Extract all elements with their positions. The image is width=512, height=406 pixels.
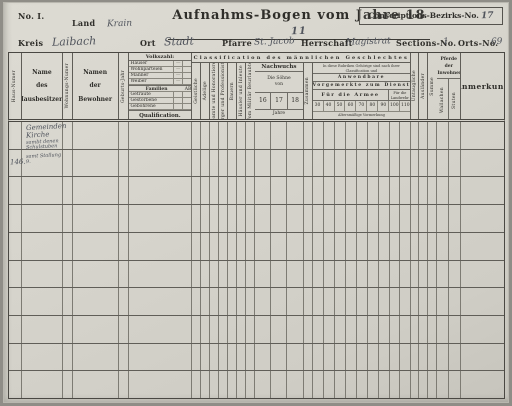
empty-cell	[63, 344, 73, 371]
empty-cell	[73, 177, 119, 204]
hausbesitzer-line1: Name	[22, 66, 63, 79]
empty-cell	[201, 233, 210, 260]
table-row	[9, 150, 504, 178]
stuten-label: Stuten	[452, 92, 457, 109]
empty-cell	[228, 261, 237, 288]
empty-cell	[9, 344, 22, 371]
empty-cell	[324, 344, 335, 371]
empty-cell	[192, 233, 201, 260]
empty-cell	[287, 316, 304, 343]
nachwuchs-age-cells: 161718	[255, 92, 302, 109]
empty-cell	[346, 233, 357, 260]
empty-cell	[357, 371, 368, 398]
empty-cell	[411, 316, 419, 343]
empty-cell	[368, 261, 379, 288]
empty-cell	[129, 205, 193, 232]
age-class-cell: 70	[356, 101, 367, 111]
empty-cell	[63, 288, 73, 315]
empty-cell	[335, 371, 346, 398]
empty-cell	[129, 344, 193, 371]
conscription-district-box: Conscriptions-Bezirks-No. 17	[359, 7, 503, 25]
empty-cell	[271, 177, 287, 204]
empty-cell	[63, 316, 73, 343]
empty-cell	[304, 205, 313, 232]
empty-cell	[368, 233, 379, 260]
empty-cell	[287, 288, 304, 315]
empty-cell	[335, 122, 346, 149]
empty-cell	[201, 344, 210, 371]
empty-cell	[379, 371, 390, 398]
empty-cell	[346, 205, 357, 232]
empty-cell	[228, 177, 237, 204]
empty-cell	[228, 122, 237, 149]
empty-cell	[461, 261, 504, 288]
volkszahl-title: Volkszahl:	[129, 53, 192, 61]
age-class-cell: 60	[345, 101, 356, 111]
wohnungs-numer-label: Wohnungs-Numer	[65, 63, 70, 108]
empty-cell	[22, 122, 63, 149]
empty-cell	[368, 288, 379, 315]
conscription-label: Conscriptions-Bezirks-No.	[368, 11, 478, 20]
empty-cell	[346, 122, 357, 149]
pferde-stuten-column: Stuten	[449, 79, 460, 119]
empty-cell	[335, 316, 346, 343]
empty-cell	[313, 233, 324, 260]
empty-cell	[192, 371, 201, 398]
empty-cell	[119, 316, 129, 343]
empty-cell	[129, 122, 193, 149]
empty-cell	[255, 344, 271, 371]
empty-cell	[237, 205, 246, 232]
empty-cell	[346, 371, 357, 398]
column-volkszahl: Volkszahl: Häuser—Wohnparteien—Männer—We…	[129, 53, 193, 119]
empty-cell	[246, 205, 255, 232]
empty-cell	[219, 150, 228, 177]
empty-cell	[390, 316, 401, 343]
table-row	[9, 205, 504, 233]
empty-cell	[246, 371, 255, 398]
empty-cell	[9, 233, 22, 260]
age-class-cell: 100	[389, 101, 400, 111]
empty-cell	[357, 261, 368, 288]
empty-cell	[22, 150, 63, 177]
empty-cell	[210, 316, 219, 343]
empty-cell	[428, 177, 437, 204]
empty-cell	[461, 316, 504, 343]
empty-cell	[390, 150, 401, 177]
sections-value-handwritten: 1	[443, 37, 449, 47]
empty-cell	[368, 344, 379, 371]
haus-numer-label: Haus-Numer	[12, 70, 17, 102]
empty-cell	[192, 261, 201, 288]
empty-cell	[73, 122, 119, 149]
empty-cell	[237, 177, 246, 204]
volkszahl-rows: Häuser—Wohnparteien—Männer—Weiber—	[129, 61, 192, 85]
empty-cell	[357, 150, 368, 177]
pferde-wallachen-column: Wallachen	[437, 79, 449, 119]
empty-cell	[461, 371, 504, 398]
empty-cell	[304, 233, 313, 260]
empty-cell	[304, 344, 313, 371]
empty-cell	[437, 288, 449, 315]
familien-title: Familien	[129, 86, 185, 91]
census-form-scan: No. I. Land Krain Aufnahms-Bogen vom Jah…	[3, 2, 509, 403]
empty-cell	[400, 233, 411, 260]
empty-cell	[346, 261, 357, 288]
empty-cell	[63, 261, 73, 288]
empty-cell	[449, 371, 461, 398]
column-wohnungs-numer: Wohnungs-Numer	[63, 53, 73, 119]
orts-value-handwritten: 69	[491, 37, 503, 47]
empty-cell	[428, 344, 437, 371]
geburts-jahr-label: Geburts-Jahr	[121, 70, 126, 103]
category-label: Häusler und Inleute	[239, 65, 244, 116]
empty-cell	[271, 122, 287, 149]
empty-cell	[419, 233, 428, 260]
volkszahl-row-mark: —	[173, 73, 182, 78]
pfarre-value-handwritten: St. Jacob	[254, 36, 295, 47]
empty-cell	[411, 371, 419, 398]
empty-cell	[73, 150, 119, 177]
familien-cell-b	[182, 92, 191, 97]
pferde-column: Pferde der Inwohner Wallachen Stuten	[437, 53, 461, 119]
empty-cell	[400, 261, 411, 288]
empty-cell	[73, 288, 119, 315]
empty-cell	[271, 316, 287, 343]
empty-cell	[368, 122, 379, 149]
age-class-cell: 90	[378, 101, 389, 111]
empty-cell	[119, 150, 129, 177]
empty-cell	[119, 344, 129, 371]
empty-cell	[428, 288, 437, 315]
empty-cell	[428, 150, 437, 177]
empty-cell	[411, 233, 419, 260]
empty-cell	[219, 344, 228, 371]
empty-cell	[219, 371, 228, 398]
empty-cell	[201, 288, 210, 315]
empty-cell	[22, 288, 63, 315]
empty-cell	[119, 261, 129, 288]
empty-cell	[255, 177, 271, 204]
empty-cell	[335, 261, 346, 288]
empty-cell	[449, 344, 461, 371]
empty-cell	[324, 150, 335, 177]
vorgemerkte-label: Vorgemerkte zum Dienst	[313, 82, 411, 90]
nachwuchs-title: Nachwuchs	[255, 63, 302, 72]
empty-cell	[246, 177, 255, 204]
empty-cell	[22, 261, 63, 288]
column-hausbesitzer: Name des Hausbesitzers	[22, 53, 63, 119]
empty-cell	[379, 177, 390, 204]
familien-row-label: Gebohrene	[129, 104, 174, 109]
empty-cell	[461, 122, 504, 149]
empty-cell	[192, 316, 201, 343]
empty-cell	[419, 205, 428, 232]
empty-cell	[400, 316, 411, 343]
empty-cell	[313, 177, 324, 204]
empty-cell	[400, 205, 411, 232]
empty-cell	[437, 177, 449, 204]
ort-label: Ort	[140, 38, 156, 48]
empty-cell	[9, 371, 22, 398]
column-haus-numer: Haus-Numer	[9, 53, 22, 119]
empty-cell	[201, 371, 210, 398]
empty-cell	[304, 261, 313, 288]
empty-cell	[129, 316, 193, 343]
empty-cell	[246, 233, 255, 260]
empty-cell	[324, 316, 335, 343]
empty-cell	[210, 233, 219, 260]
empty-cell	[228, 205, 237, 232]
anwendbare-label: Anwendbare	[313, 74, 411, 82]
empty-cell	[390, 261, 401, 288]
wallachen-label: Wallachen	[440, 87, 445, 113]
empty-cell	[255, 150, 271, 177]
empty-cell	[304, 288, 313, 315]
empty-cell	[219, 205, 228, 232]
empty-cell	[304, 316, 313, 343]
nachwuchs-unit: Jahre	[255, 109, 302, 118]
empty-cell	[379, 233, 390, 260]
empty-cell	[9, 177, 22, 204]
empty-cell	[461, 205, 504, 232]
familien-col-b: B	[188, 86, 191, 91]
empty-cell	[368, 316, 379, 343]
empty-cell	[400, 288, 411, 315]
empty-cell	[437, 205, 449, 232]
empty-cell	[210, 371, 219, 398]
empty-cell	[271, 288, 287, 315]
empty-cell	[246, 261, 255, 288]
table-row	[9, 371, 504, 398]
volkszahl-row-cell	[182, 73, 191, 78]
empty-cell	[379, 344, 390, 371]
empty-cell	[219, 316, 228, 343]
hausbesitzer-line2: des	[22, 79, 63, 92]
empty-cell	[287, 150, 304, 177]
empty-cell	[119, 122, 129, 149]
empty-cell	[313, 205, 324, 232]
empty-cell	[304, 150, 313, 177]
empty-cell	[411, 205, 419, 232]
column-geburts-jahr: Geburts-Jahr	[119, 53, 129, 119]
empty-cell	[449, 288, 461, 315]
empty-cell	[324, 122, 335, 149]
empty-cell	[379, 150, 390, 177]
pferde-title-line3: Inwohner	[437, 70, 460, 77]
empty-cell	[255, 233, 271, 260]
category-label: Geistliche	[194, 78, 199, 104]
empty-cell	[419, 122, 428, 149]
landwehr-label: Für die Landwehr	[388, 90, 410, 100]
herrschaft-label: Herrschaft	[301, 38, 353, 48]
volkszahl-row-label: Häuser	[129, 61, 174, 66]
empty-cell	[335, 288, 346, 315]
empty-cell	[201, 150, 210, 177]
empty-cell	[119, 205, 129, 232]
empty-cell	[192, 150, 201, 177]
empty-cell	[368, 371, 379, 398]
empty-cell	[411, 177, 419, 204]
summary-column: Ausländer	[419, 53, 428, 119]
empty-cell	[287, 261, 304, 288]
empty-cell	[22, 177, 63, 204]
empty-cell	[461, 150, 504, 177]
empty-cell	[428, 205, 437, 232]
empty-cell	[287, 205, 304, 232]
empty-cell	[313, 122, 324, 149]
empty-cell	[437, 150, 449, 177]
empty-cell	[129, 150, 193, 177]
empty-cell	[210, 261, 219, 288]
empty-cell	[346, 288, 357, 315]
empty-cell	[228, 371, 237, 398]
column-bewohner: Namen der Bewohner	[73, 53, 119, 119]
empty-cell	[357, 177, 368, 204]
form-header: No. I. Land Krain Aufnahms-Bogen vom Jah…	[8, 6, 505, 52]
empty-cell	[411, 344, 419, 371]
category-label: Bauern	[230, 82, 235, 100]
empty-cell	[428, 261, 437, 288]
volkszahl-row-label: Wohnparteien	[129, 67, 174, 72]
form-number: No. I.	[18, 11, 44, 21]
empty-cell	[400, 371, 411, 398]
pferde-title-line2: der	[437, 63, 460, 70]
familien-rows: GetrauteGestorbeneGebohrene	[129, 92, 192, 110]
empty-cell	[357, 122, 368, 149]
conscription-no-handwritten: 17	[481, 11, 494, 21]
empty-cell	[335, 150, 346, 177]
empty-cell	[246, 122, 255, 149]
empty-cell	[22, 371, 63, 398]
empty-cell	[379, 122, 390, 149]
empty-cell	[228, 316, 237, 343]
empty-cell	[449, 177, 461, 204]
empty-cell	[449, 233, 461, 260]
empty-cell	[368, 177, 379, 204]
land-value-handwritten: Krain	[106, 19, 131, 30]
table-row	[9, 288, 504, 316]
empty-cell	[400, 150, 411, 177]
familien-header: Familien A B	[129, 85, 192, 92]
empty-cell	[201, 122, 210, 149]
empty-cell	[461, 233, 504, 260]
empty-cell	[9, 150, 22, 177]
empty-cell	[73, 316, 119, 343]
empty-cell	[357, 344, 368, 371]
zusammen-label: Zusammen	[305, 77, 310, 105]
empty-cell	[271, 150, 287, 177]
empty-cell	[201, 316, 210, 343]
empty-cell	[201, 261, 210, 288]
empty-cell	[237, 150, 246, 177]
empty-cell	[22, 344, 63, 371]
volkszahl-row-mark: —	[173, 79, 182, 84]
empty-cell	[390, 233, 401, 260]
age-class-cell: 80	[367, 101, 378, 111]
empty-cell	[313, 150, 324, 177]
table-row	[9, 122, 504, 150]
empty-cell	[437, 233, 449, 260]
empty-cell	[210, 344, 219, 371]
empty-cell	[210, 288, 219, 315]
empty-cell	[428, 316, 437, 343]
empty-cell	[390, 288, 401, 315]
empty-cell	[287, 122, 304, 149]
empty-cell	[22, 233, 63, 260]
empty-cell	[449, 122, 461, 149]
empty-cell	[304, 177, 313, 204]
empty-cell	[287, 344, 304, 371]
category-column: Adelige	[201, 63, 210, 119]
empty-cell	[428, 122, 437, 149]
empty-cell	[449, 316, 461, 343]
volkszahl-row-label: Weiber	[129, 79, 174, 84]
familien-cell-b	[182, 104, 191, 109]
volkszahl-row-mark: —	[173, 61, 182, 66]
empty-cell	[237, 371, 246, 398]
land-field: Land Krain	[72, 11, 132, 30]
empty-cell	[368, 150, 379, 177]
empty-cell	[210, 122, 219, 149]
empty-cell	[449, 150, 461, 177]
empty-cell	[287, 177, 304, 204]
empty-cell	[255, 205, 271, 232]
kreis-value-handwritten: Laibach	[52, 34, 97, 49]
empty-cell	[346, 316, 357, 343]
empty-cell	[9, 205, 22, 232]
empty-cell	[379, 316, 390, 343]
empty-cell	[129, 371, 193, 398]
empty-cell	[73, 233, 119, 260]
empty-cell	[271, 261, 287, 288]
empty-cell	[271, 233, 287, 260]
age-class-cell: 40	[324, 101, 335, 111]
empty-cell	[437, 261, 449, 288]
table-row	[9, 233, 504, 261]
empty-cell	[419, 150, 428, 177]
empty-cell	[324, 288, 335, 315]
empty-cell	[287, 233, 304, 260]
location-row: Kreis Laibach Ort Stadt Pfarre St. Jacob…	[8, 34, 505, 52]
empty-cell	[219, 122, 228, 149]
empty-cell	[324, 261, 335, 288]
empty-cell	[119, 371, 129, 398]
empty-cell	[313, 344, 324, 371]
classification-note1: In diese Rubriken Gehörige sind nach ihr…	[313, 64, 411, 74]
empty-cell	[357, 233, 368, 260]
summary-column-label: Untaugliche	[412, 70, 417, 101]
category-column: Häusler und Inleute	[237, 63, 246, 119]
table-body	[8, 122, 505, 399]
familien-cell-b	[182, 98, 191, 103]
empty-cell	[287, 371, 304, 398]
empty-cell	[73, 344, 119, 371]
bewohner-line2: der	[78, 79, 112, 92]
empty-cell	[237, 344, 246, 371]
age-class-cell: 50	[335, 101, 346, 111]
empty-cell	[219, 261, 228, 288]
empty-cell	[237, 261, 246, 288]
empty-cell	[411, 150, 419, 177]
empty-cell	[9, 288, 22, 315]
empty-cell	[255, 288, 271, 315]
summary-columns: UntauglicheAusländerSumme	[411, 53, 437, 119]
summary-column-label: Ausländer	[421, 73, 426, 99]
empty-cell	[246, 288, 255, 315]
classification-title: Classification des männlichen Geschlecht…	[192, 53, 410, 63]
category-label: Adelige	[203, 81, 208, 100]
